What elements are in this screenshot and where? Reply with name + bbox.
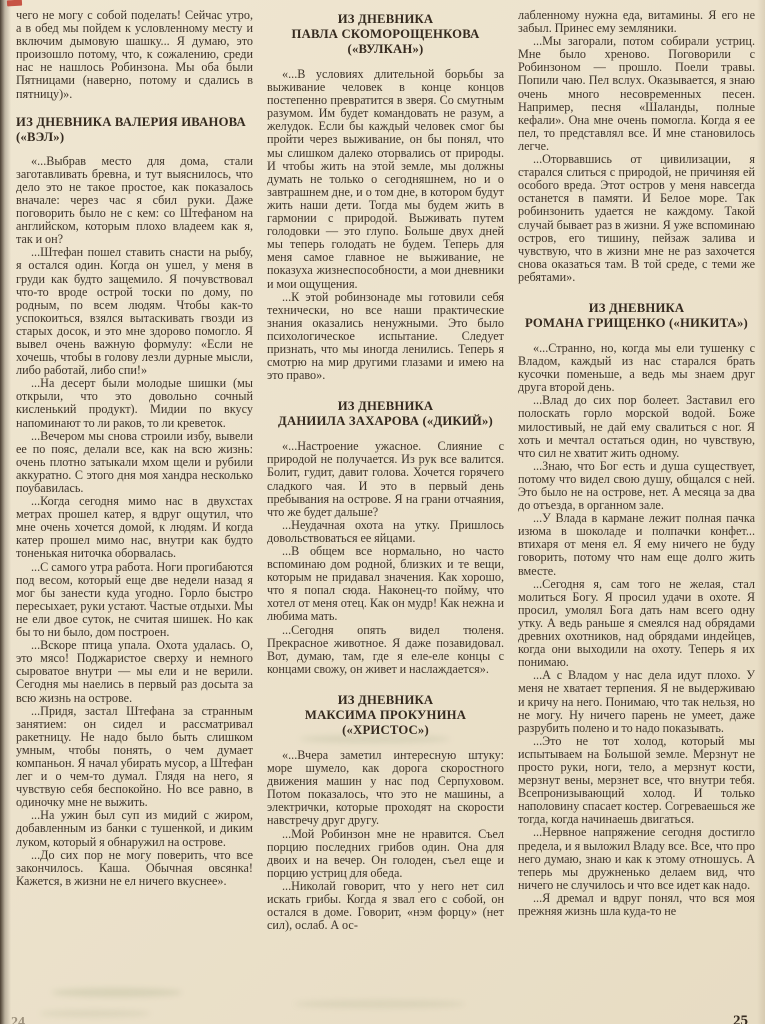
diary-heading: ИЗ ДНЕВНИКА РОМАНА ГРИЩЕНКО («НИКИТА») — [518, 301, 755, 331]
diary-heading: ИЗ ДНЕВНИКА ВАЛЕРИЯ ИВАНОВА («ВЭЛ») — [16, 115, 253, 145]
paragraph: «...Выбрав место для дома, стали заготав… — [16, 155, 253, 247]
paragraph: ...Я дремал и вдруг понял, что вся моя п… — [518, 892, 755, 918]
paragraph: ...Штефан пошел ставить снасти на рыбу, … — [16, 246, 253, 377]
paragraph: ...На ужин был суп из мидий с жиром, доб… — [16, 809, 253, 848]
scan-artifact-mark — [7, 0, 22, 6]
paragraph: ...Николай говорит, что у него нет сил и… — [267, 880, 504, 932]
text-columns: чего не могу с собой поделать! Сейчас ут… — [0, 0, 765, 932]
paragraph: лабленному нужна еда, витамины. Я его не… — [518, 9, 755, 35]
print-smudge — [295, 1000, 465, 1008]
paragraph: ...На десерт были молодые шишки (мы откр… — [16, 377, 253, 429]
paragraph: «...В условиях длительной борьбы за выжи… — [267, 68, 504, 291]
paragraph: ...В общем все нормально, но часто вспом… — [267, 545, 504, 624]
paragraph: ...Неудачная охота на утку. Пришлось дов… — [267, 519, 504, 545]
diary-heading: ИЗ ДНЕВНИКА ПАВЛА СКОМОРОЩЕНКОВА («ВУЛКА… — [267, 12, 504, 57]
column-3: лабленному нужна еда, витамины. Я его не… — [518, 9, 755, 932]
paragraph: ...Вскоре птица упала. Охота удалась. О,… — [16, 639, 253, 704]
print-smudge — [40, 1010, 150, 1017]
print-smudge — [52, 988, 182, 997]
page-number-left: 24 — [11, 1015, 25, 1024]
column-1: чего не могу с собой поделать! Сейчас ут… — [16, 9, 253, 932]
magazine-page: чего не могу с собой поделать! Сейчас ут… — [0, 0, 765, 1024]
paragraph: ...Сегодня опять видел тюленя. Прекрасно… — [267, 624, 504, 676]
paragraph: ...Сегодня я, сам того не желая, стал мо… — [518, 578, 755, 670]
paragraph: ...Мой Робинзон мне не нравится. Съел по… — [267, 828, 504, 880]
paragraph: ...Нервное напряжение сегодня достигло п… — [518, 826, 755, 891]
diary-heading: ИЗ ДНЕВНИКА МАКСИМА ПРОКУНИНА («ХРИСТОС»… — [267, 693, 504, 738]
diary-heading: ИЗ ДНЕВНИКА ДАНИИЛА ЗАХАРОВА («ДИКИЙ») — [267, 399, 504, 429]
paragraph: чего не могу с собой поделать! Сейчас ут… — [16, 9, 253, 101]
paragraph: ...С самого утра работа. Ноги прогибаютс… — [16, 561, 253, 640]
paragraph: ...Вечером мы снова строили избу, вывели… — [16, 430, 253, 495]
paragraph: ...Влад до сих пор болеет. Заставил его … — [518, 394, 755, 459]
paragraph: ...К этой робинзонаде мы готовили себя т… — [267, 291, 504, 383]
paragraph: ...А с Владом у нас дела идут плохо. У м… — [518, 669, 755, 734]
paragraph: ...У Влада в кармане лежит полная пачка … — [518, 512, 755, 577]
paragraph: «...Странно, но, когда мы ели тушенку с … — [518, 342, 755, 394]
paragraph: ...Это не тот холод, который мы испытыва… — [518, 735, 755, 827]
paragraph: ...Мы загорали, потом собирали устриц. М… — [518, 35, 755, 153]
paragraph: ...Оторвавшись от цивилизации, я старалс… — [518, 153, 755, 284]
paragraph: ...Знаю, что Бог есть и душа существует,… — [518, 460, 755, 512]
page-number-right: 25 — [733, 1013, 748, 1024]
paragraph: «...Настроение ужасное. Слияние с природ… — [267, 440, 504, 519]
paragraph: ...Придя, застал Штефана за странным зан… — [16, 705, 253, 810]
column-2: ИЗ ДНЕВНИКА ПАВЛА СКОМОРОЩЕНКОВА («ВУЛКА… — [267, 9, 504, 932]
paragraph: «...Вчера заметил интересную штуку: море… — [267, 749, 504, 828]
paragraph: ...До сих пор не могу поверить, что все … — [16, 849, 253, 888]
paragraph: ...Когда сегодня мимо нас в двухстах мет… — [16, 495, 253, 560]
